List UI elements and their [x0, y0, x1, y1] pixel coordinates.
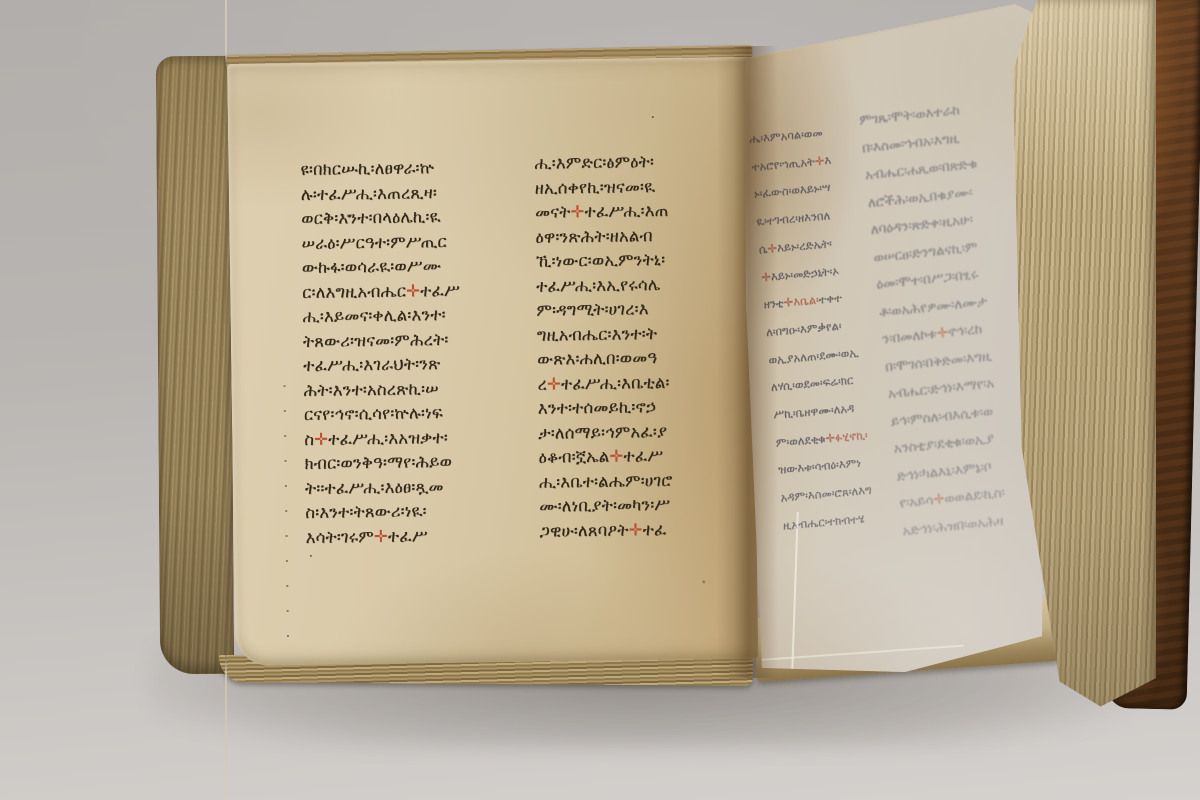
text-line: ሒ፡እምድር፡ፅምዕት፡	[534, 149, 739, 176]
ink-segment: ዩ፡በክርሡኪ፡ለፀዋራ፡ኵ	[300, 158, 434, 179]
ink-segment: አብሔር፡ድኅነ፡እማየ፡አ	[887, 375, 995, 402]
ink-segment: ትጸውሪ፡ዝናመ፡ምሕረት፡	[303, 329, 449, 350]
ink-segment: ዘንቲ	[763, 296, 784, 312]
ink-segment: ት፡፡ተፈሥሒ፡እዕፀ፡ጿመ	[305, 477, 444, 498]
text-line: ሙ፡ለነቢያት፡መካን፡ሥ	[539, 492, 744, 519]
ink-segment: ወኢያአለጠ፡ደሙ፡ወኢ	[768, 345, 859, 367]
ink-segment: ተፈሥ	[623, 446, 663, 466]
ink-segment: ይኅ፡ምስለ፡ብእሲቱ፡ወ	[890, 403, 994, 430]
text-line: ሉ፡ተፈሥሒ፡እጠረጺዛ፡	[301, 180, 497, 207]
ink-segment: በ፡እስመ፡ኀብአ፡እግዚ	[861, 130, 960, 156]
rubric-segment: እቤል፡	[793, 293, 820, 309]
bookmark-thread	[225, 0, 227, 800]
ink-segment: ዚአብሔር፡ተክብተሄ	[782, 511, 865, 532]
text-line: መናት✛ተፈሥሒ፡እጠ	[535, 198, 740, 225]
ink-segment: አንስቲያ፡ደቂቁ፡ወኢያ	[893, 431, 995, 457]
ink-segment: ምገጼ፡ሞት፡ወእተራከ	[859, 102, 961, 128]
ink-segment: ለሃሲ፡ወደመ፡ፍሬ፡ክር	[770, 373, 854, 394]
ink-segment: በ፡ሞገሰ፡በቅድመ፡እግዚ	[884, 348, 992, 375]
text-line: ክብር፡ወንቅዓ፡ማየ፡ሕይወ	[304, 449, 500, 476]
manuscript-photo: ዩ፡በክርሡኪ፡ለፀዋራ፡ኵሉ፡ተፈሥሒ፡እጠረጺዛ፡ወርቅ፡እንተ፡በላዕሌኪ…	[0, 0, 1200, 800]
ink-segment: ተፈሥሒ፡እጠ	[584, 201, 668, 221]
rubric-segment: ✛	[547, 374, 561, 393]
ink-segment: ለሮችሕ፡ወኢበቁያሙ፡	[867, 184, 973, 211]
text-line: ግዚአብሔር፡እንተ፡ት	[537, 320, 742, 347]
ink-speck	[310, 555, 312, 557]
text-line: ወርቅ፡እንተ፡በላዕሌኪ፡ዪ	[301, 204, 497, 231]
ink-segment: ወርቅ፡እንተ፡በላዕሌኪ፡ዪ	[301, 207, 441, 228]
ink-segment: ክብር፡ወንቅዓ፡ማየ፡ሕይወ	[304, 452, 452, 473]
text-line: ሕት፡እንተ፡አስረጽኪ፡ሠ	[303, 376, 499, 403]
ink-segment: የ፡አይሳ	[899, 492, 934, 511]
text-line: ተፈሥሒ፡እገራህት፡ንጽ	[303, 351, 499, 378]
ink-segment: ም፡ዳግሚት፡ሀገረ፡እ	[536, 299, 648, 320]
text-line: ታ፡ለሰማይ፡ኅምአፈ፡ያ	[538, 418, 743, 445]
ink-segment: አድኅነ፡ሕዝበ፡ወአሕዛ	[902, 513, 1005, 540]
text-line: ውጽእ፡ሐሊበ፡ወመዓ	[537, 345, 742, 372]
ink-segment: ሉ፡ተፈሥሒ፡እጠረጺዛ፡	[301, 183, 437, 204]
text-line: ሒ፡እቤተ፡ልሔም፡ሀገሮ	[539, 467, 744, 494]
ink-segment: ግዚአብሔር፡እንተ፡ት	[537, 324, 658, 345]
ink-segment: ም፡ወለደቂቁ	[775, 431, 826, 449]
stain-spot	[702, 580, 705, 583]
rubric-segment: ✛	[314, 429, 328, 448]
ink-segment: ሒ፡እምድር፡ፅምዕት፡	[534, 152, 654, 173]
ink-segment: ርናየ፡ኅኖ፡ሲሳየ፡ኵሉ፡ነፍ	[304, 403, 443, 424]
text-line: ዕቆብ፡ኟኤል✛ተፈሥ	[538, 443, 743, 470]
right-parchment-page: ሔ፡እምአባል፡ወመተአሮየ፡ኀጢአት✛እኑ፡ፈውስ፡ወእይኑ፡ሣዪ፡ተገብረ፡…	[744, 0, 1060, 690]
ink-segment: ኺ፡ነውር፡ወኢምንትኒ፡	[536, 250, 666, 271]
text-line: ሠራዕ፡ሥርዓተ፡ምሥጢር	[301, 229, 497, 256]
ink-segment: አብሔር፡ሐጺወ፡በጽድቁ	[864, 156, 978, 184]
text-line: ዩ፡በክርሡኪ፡ለፀዋራ፡ኵ	[300, 155, 496, 182]
ink-segment: ዝውእቱ፡ሳብዕ፡እምነ	[777, 456, 861, 477]
text-line: ስ✛ተፈሥሒ፡እአዝቃተ፡	[304, 425, 500, 452]
ink-segment: ስ	[304, 429, 314, 448]
ink-segment: ድኅነ፡ካልእኒ፡እምኔ፡ቦ	[896, 459, 993, 485]
rubric-segment: ✛	[609, 447, 623, 466]
text-line: ዕዋ፡ንጽሕት፡ዘአልብ	[535, 222, 740, 249]
ink-segment: ኑ፡ፈውስ፡ወእይኑ፡ሣ	[753, 180, 831, 201]
text-line: ርናየ፡ኅኖ፡ሲሳየ፡ኵሉ፡ነፍ	[304, 400, 500, 427]
ink-segment: ሔ፡እምአባል፡ወመ	[749, 126, 824, 146]
ink-segment: እ	[824, 153, 832, 168]
ink-segment: ስ፡እንተ፡ትጸውሪ፡ነዪ፡	[305, 501, 427, 522]
ink-segment: ሕት፡እንተ፡አስረጽኪ፡ሠ	[303, 379, 438, 400]
rubric-segment: ✛	[374, 526, 388, 545]
rubric-segment: ✛	[406, 281, 420, 300]
text-line: ስ፡እንተ፡ትጸውሪ፡ነዪ፡	[305, 498, 501, 525]
text-line: ረ✛ተፈሥሒ፡እቤቲል፡	[537, 369, 742, 396]
rubric-segment: ✛	[570, 202, 584, 221]
ink-segment: ን፡በመለኮቱ	[882, 326, 938, 348]
left-parchment-page: ዩ፡በክርሡኪ፡ለፀዋራ፡ኵሉ፡ተፈሥሒ፡እጠረጺዛ፡ወርቅ፡እንተ፡በላዕሌኪ…	[227, 57, 758, 666]
ink-segment: ወወልደ፡ኪስ፡	[944, 485, 1006, 507]
text-line: ዘኢሰቀየኪ፡ዝናመ፡ዪ	[535, 173, 740, 200]
ink-segment: ለ፡በግዑ፡እምቃየል፡	[765, 319, 842, 340]
ink-segment: አዳም፡እስመ፡ሮጸ፡ለእግ	[780, 483, 872, 505]
ink-segment: ተፈ	[642, 519, 666, 538]
left-fore-edge-page-stack	[156, 56, 234, 675]
left-page-column-2: ሒ፡እምድር፡ፅምዕት፡ዘኢሰቀየኪ፡ዝናመ፡ዪመናት✛ተፈሥሒ፡እጠዕዋ፡ንጽ…	[534, 149, 744, 544]
text-line: ር፡ለእግዚአብሔር✛ተፈሥ	[302, 278, 498, 305]
ink-speck	[652, 116, 654, 118]
ink-segment: እይኑ፡ረድኤት፡	[776, 236, 832, 255]
ink-segment: እንተ፡ተሰመይኪ፡ኖኃ	[538, 397, 656, 418]
ink-segment: ለባዕዳን፡ጽድቀ፡ዚአሁ፡	[870, 212, 974, 239]
ink-segment: ጋዊሁ፡ለጸባዖት	[539, 520, 628, 540]
ruling-prick-holes	[283, 385, 289, 643]
text-line: ት፡፡ተፈሥሒ፡እዕፀ፡ጿመ	[305, 474, 501, 501]
ink-segment: ር፡ለእግዚአብሔር	[302, 281, 406, 301]
ink-segment: ዘኢሰቀየኪ፡ዝናመ፡ዪ	[535, 177, 656, 198]
ink-segment: እሳት፡ገሩም	[305, 526, 374, 546]
text-line: ትጸውሪ፡ዝናመ፡ምሕረት፡	[303, 327, 499, 354]
ink-segment: ሒ፡እቤተ፡ልሔም፡ሀገሮ	[539, 470, 673, 491]
text-line: እሳት፡ገሩም✛ተፈሥ	[305, 523, 501, 550]
ink-segment: ውኩፋ፡ወሳራዪ፡ወሥሙ	[302, 256, 442, 277]
text-line: ሒ፡እይመና፡ቀሊል፡እንተ፡	[302, 302, 498, 329]
tissue-guard-fold-edge	[754, 645, 964, 662]
ink-segment: ሥኪ፡ቤዘዋሙ፡ለአዳ	[773, 401, 855, 422]
ink-segment: ተፈሥ	[420, 280, 460, 300]
ink-segment: መናት	[535, 202, 571, 221]
ink-segment: ዪ፡ተገብረ፡ዘእንበለ	[756, 208, 831, 228]
ink-segment: ኖኅ፡ረከ	[947, 321, 983, 340]
ink-segment: ታ፡ለሰማይ፡ኅምአፈ፡ያ	[538, 421, 667, 442]
text-line: ውኩፋ፡ወሳራዪ፡ወሥሙ	[302, 253, 498, 280]
ink-segment: ተፈሥሒ፡እቤቲል፡	[561, 372, 670, 393]
ink-segment: ዕዋ፡ንጽሕት፡ዘአልብ	[535, 226, 653, 247]
ink-segment: ሒ፡እይመና፡ቀሊል፡እንተ፡	[302, 305, 445, 326]
left-page-column-1: ዩ፡በክርሡኪ፡ለፀዋራ፡ኵሉ፡ተፈሥሒ፡እጠረጺዛ፡ወርቅ፡እንተ፡በላዕሌኪ…	[300, 155, 501, 550]
rubric-segment: ፉሂኖኪ፡	[834, 428, 868, 445]
text-line: ም፡ዳግሚት፡ሀገረ፡እ	[536, 296, 741, 323]
ink-segment: ተፈሥሒ፡እኢየሩሳሌ	[536, 274, 660, 295]
text-line: ኺ፡ነውር፡ወኢምንትኒ፡	[536, 247, 741, 274]
ink-segment: ዕመ፡ሞተ፡በሥጋ፡በፂሩ	[876, 266, 979, 293]
ink-segment: ዕቆብ፡ኟኤል	[538, 447, 609, 467]
text-line: ተፈሥሒ፡እኢየሩሳሌ	[536, 271, 741, 298]
ink-segment: ተቀተ	[818, 291, 842, 307]
text-line: እንተ፡ተሰመይኪ፡ኖኃ	[538, 394, 743, 421]
ink-segment: ተፈሥሒ፡እገራህት፡ንጽ	[303, 354, 440, 375]
ink-segment: ሙ፡ለነቢያት፡መካን፡ሥ	[539, 495, 670, 516]
ink-segment: ተፈሥሒ፡እአዝቃተ፡	[328, 427, 448, 448]
ink-segment: ወሠርፀ፡ድንግልናኪ፡ም	[873, 239, 978, 266]
text-line: ጋዊሁ፡ለጸባዖት✛ተፈ	[539, 516, 744, 543]
rubric-segment: ✛	[628, 520, 642, 539]
ink-segment: እይኑ፡መድኃኒት፡ኦ	[770, 263, 839, 283]
ink-segment: ውጽእ፡ሐሊበ፡ወመዓ	[537, 348, 657, 369]
ink-segment: ተአሮየ፡ኀጢአት	[751, 154, 815, 173]
ink-segment: ሠራዕ፡ሥርዓተ፡ምሥጢር	[301, 231, 447, 252]
ink-segment: ተፈሥ	[388, 526, 428, 546]
